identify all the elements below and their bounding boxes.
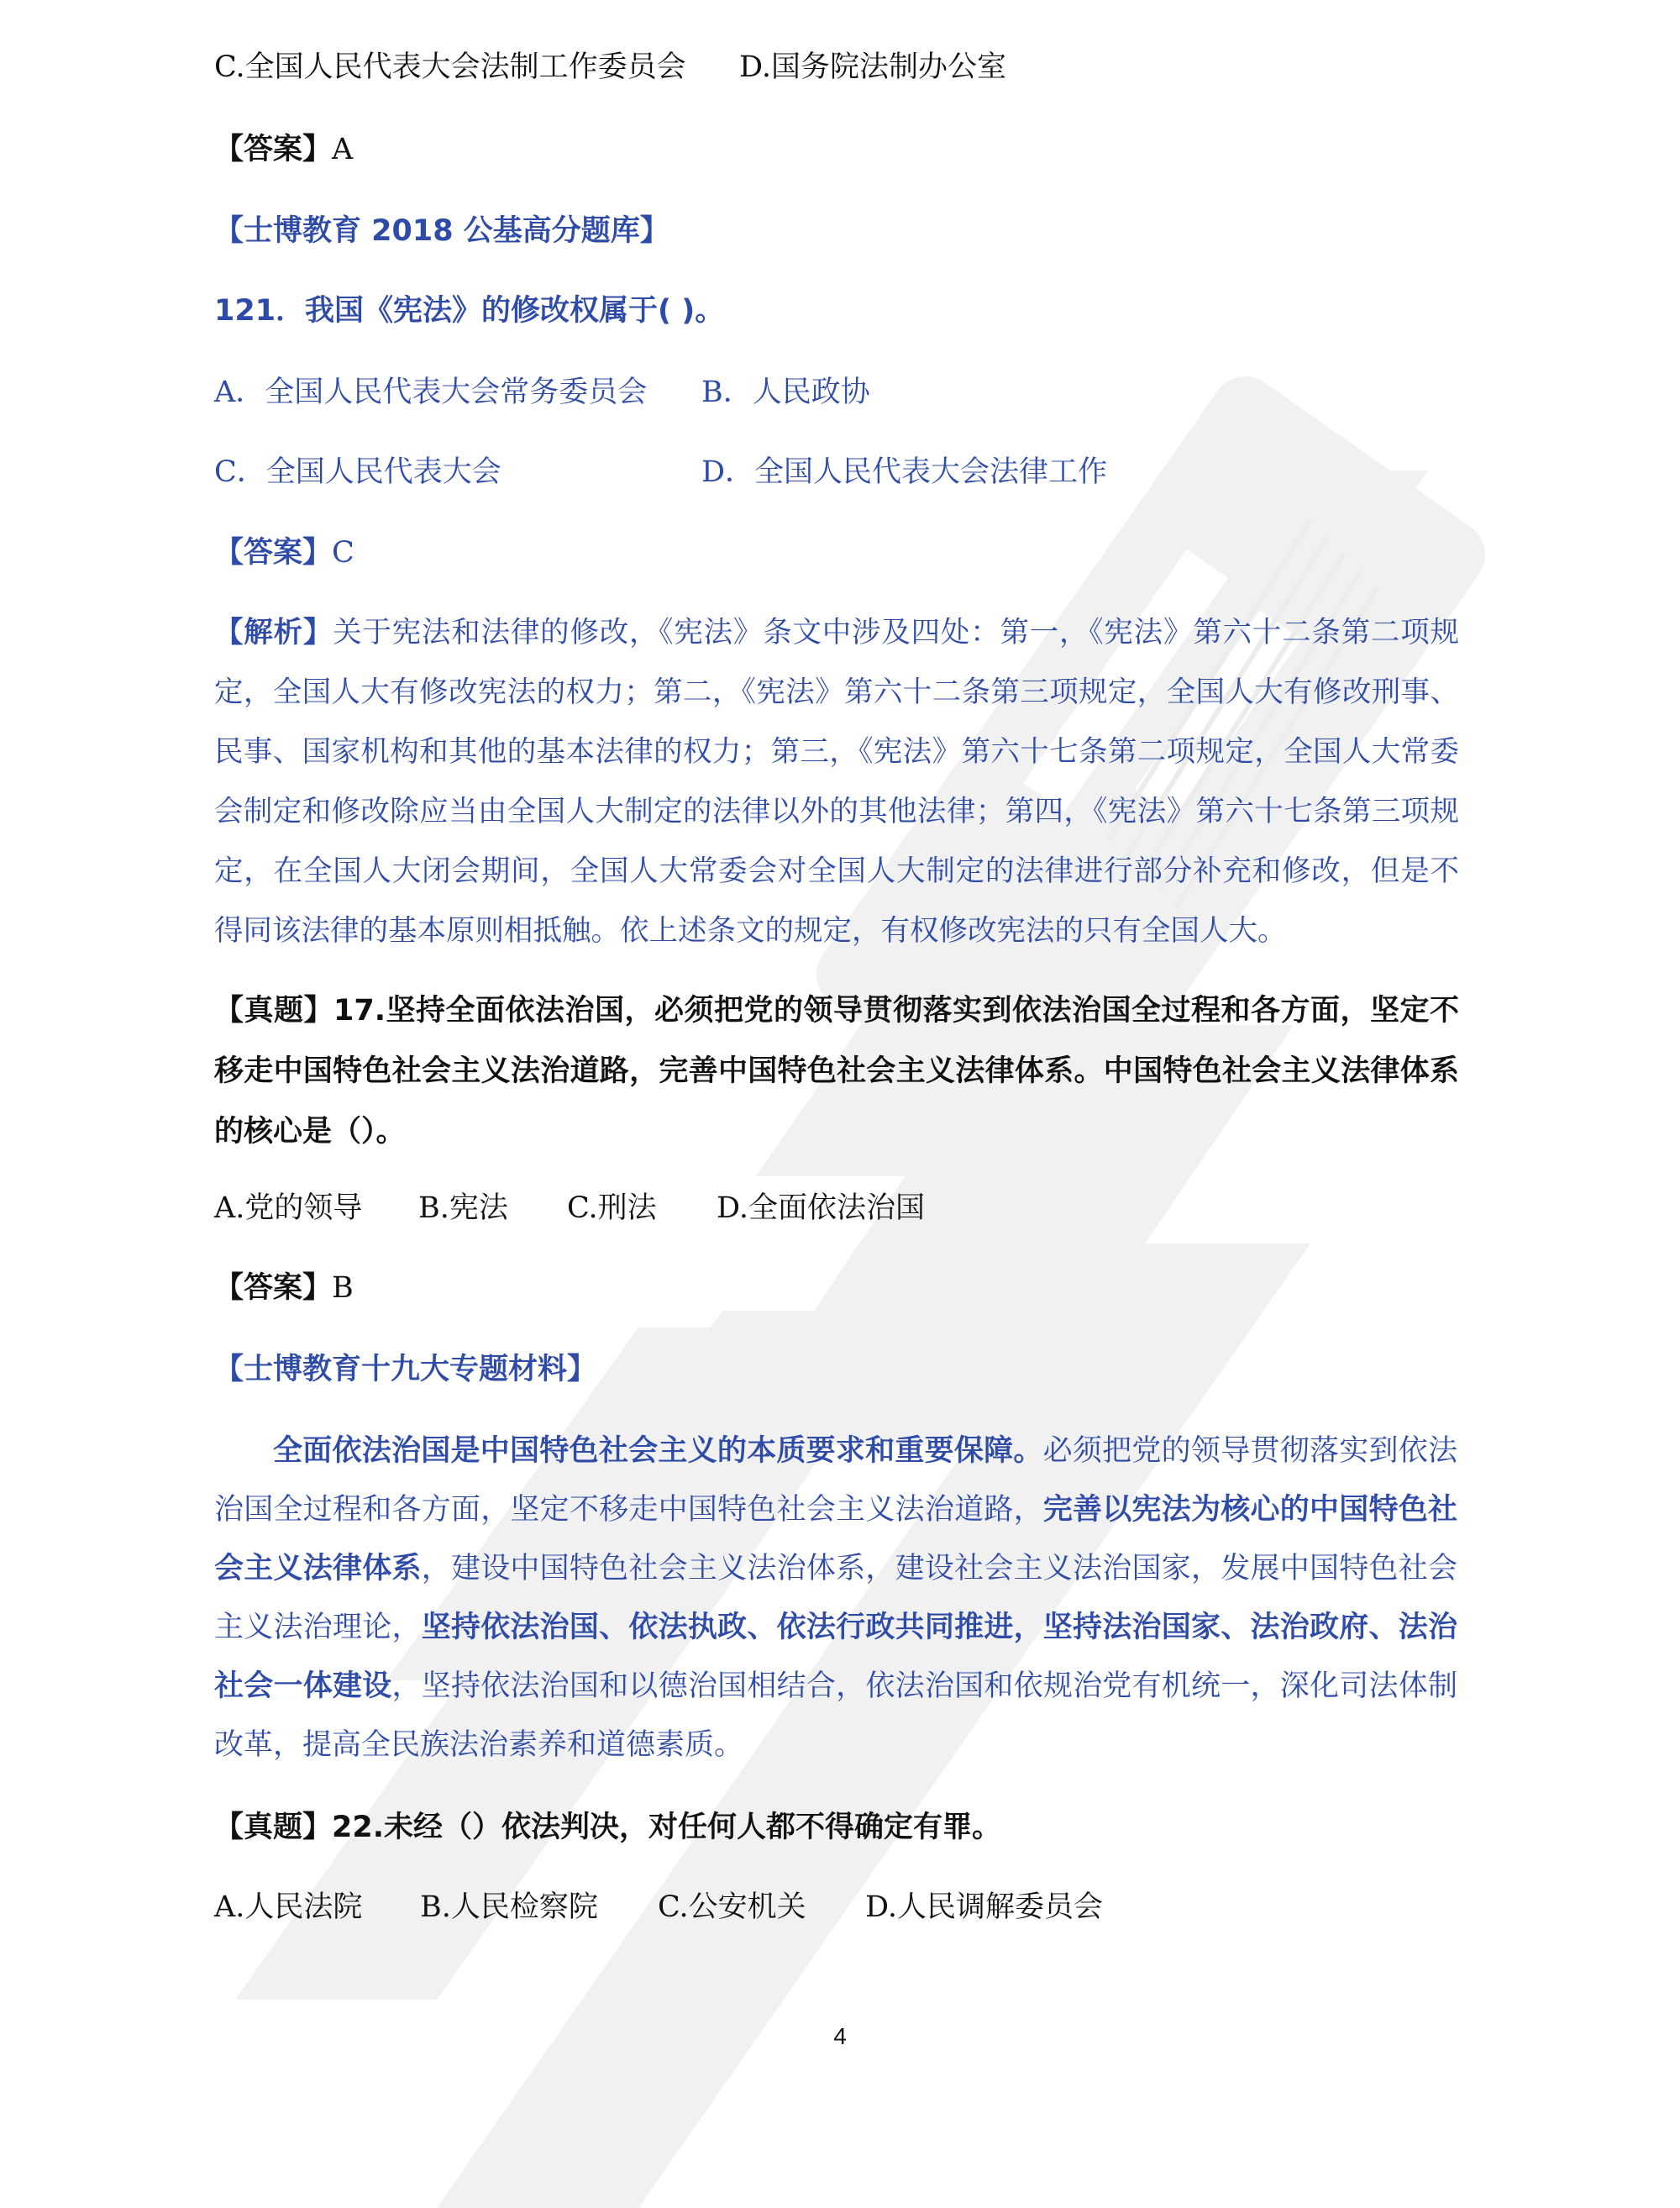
real-question-22-options: A.人民法院 B.人民检察院 C.公安机关 D.人民调解委员会	[214, 1886, 362, 1928]
material-segment: ，坚持依法治国和以德治国相结合，依法治国和依规治党有机统一，深化司法体制改革，提…	[214, 1669, 1457, 1762]
question-121-options-cd: C．全国人民代表大会 D．全国人民代表大会法律工作	[214, 451, 501, 493]
answer-value: B	[332, 1271, 354, 1305]
question-121-analysis: 【解析】关于宪法和法律的修改，《宪法》条文中涉及四处：第一，《宪法》第六十二条第…	[214, 603, 1459, 961]
option-c: C．全国人民代表大会	[214, 451, 501, 493]
option-a: A.人民法院	[214, 1886, 362, 1928]
option-a: A．全国人民代表大会常务委员会	[214, 371, 647, 413]
question-121-stem: 121．我国《宪法》的修改权属于( )。	[214, 290, 724, 332]
bank-source-title: 【士博教育 2018 公基高分题库】	[214, 210, 669, 252]
prev-answer: 【答案】A	[214, 129, 353, 171]
option-d: D．全国人民代表大会法律工作	[701, 451, 1107, 493]
analysis-text: 关于宪法和法律的修改，《宪法》条文中涉及四处：第一，《宪法》第六十二条第二项规定…	[214, 616, 1459, 948]
material-title: 【士博教育十九大专题材料】	[214, 1348, 596, 1391]
page-number: 4	[0, 2023, 1680, 2050]
material-paragraph: 全面依法治国是中国特色社会主义的本质要求和重要保障。必须把党的领导贯彻落实到依法…	[214, 1422, 1457, 1774]
real-question-tag: 【真题】	[214, 1811, 332, 1844]
option-c: C.刑法	[567, 1187, 657, 1229]
prev-question-options: C.全国人民代表大会法制工作委员会 D.国务院法制办公室	[214, 46, 686, 88]
stem-text: 17.坚持全面依法治国，必须把党的领导贯彻落实到依法治国全过程和各方面，坚定不移…	[214, 994, 1459, 1149]
real-question-17-options: A.党的领导 B.宪法 C.刑法 D.全面依法治国	[214, 1187, 362, 1229]
real-question-17-stem: 【真题】17.坚持全面依法治国，必须把党的领导贯彻落实到依法治国全过程和各方面，…	[214, 980, 1459, 1162]
question-121-answer: 【答案】C	[214, 532, 354, 574]
answer-tag: 【答案】	[214, 536, 332, 570]
material-segment-bold: 全面依法治国是中国特色社会主义的本质要求和重要保障。	[273, 1434, 1043, 1468]
option-d: D.人民调解委员会	[865, 1886, 1103, 1928]
option-c: C.全国人民代表大会法制工作委员会	[214, 46, 686, 88]
answer-tag: 【答案】	[214, 133, 332, 166]
option-b: B．人民政协	[701, 371, 870, 413]
real-question-22-stem: 【真题】22.未经（）依法判决，对任何人都不得确定有罪。	[214, 1806, 1001, 1848]
option-a: A.党的领导	[214, 1187, 362, 1229]
option-c: C.公安机关	[658, 1886, 806, 1928]
answer-value: C	[332, 536, 354, 570]
answer-value: A	[332, 133, 353, 166]
option-d: D.国务院法制办公室	[739, 46, 1006, 88]
answer-tag: 【答案】	[214, 1271, 332, 1305]
analysis-tag: 【解析】	[214, 616, 333, 649]
real-question-17-answer: 【答案】B	[214, 1267, 354, 1309]
real-question-tag: 【真题】	[214, 994, 333, 1028]
option-b: B.人民检察院	[420, 1886, 598, 1928]
stem-text: 22.未经（）依法判决，对任何人都不得确定有罪。	[332, 1811, 1001, 1844]
question-121-options-ab: A．全国人民代表大会常务委员会 B．人民政协	[214, 371, 647, 413]
option-d: D.全面依法治国	[717, 1187, 925, 1229]
option-b: B.宪法	[418, 1187, 508, 1229]
